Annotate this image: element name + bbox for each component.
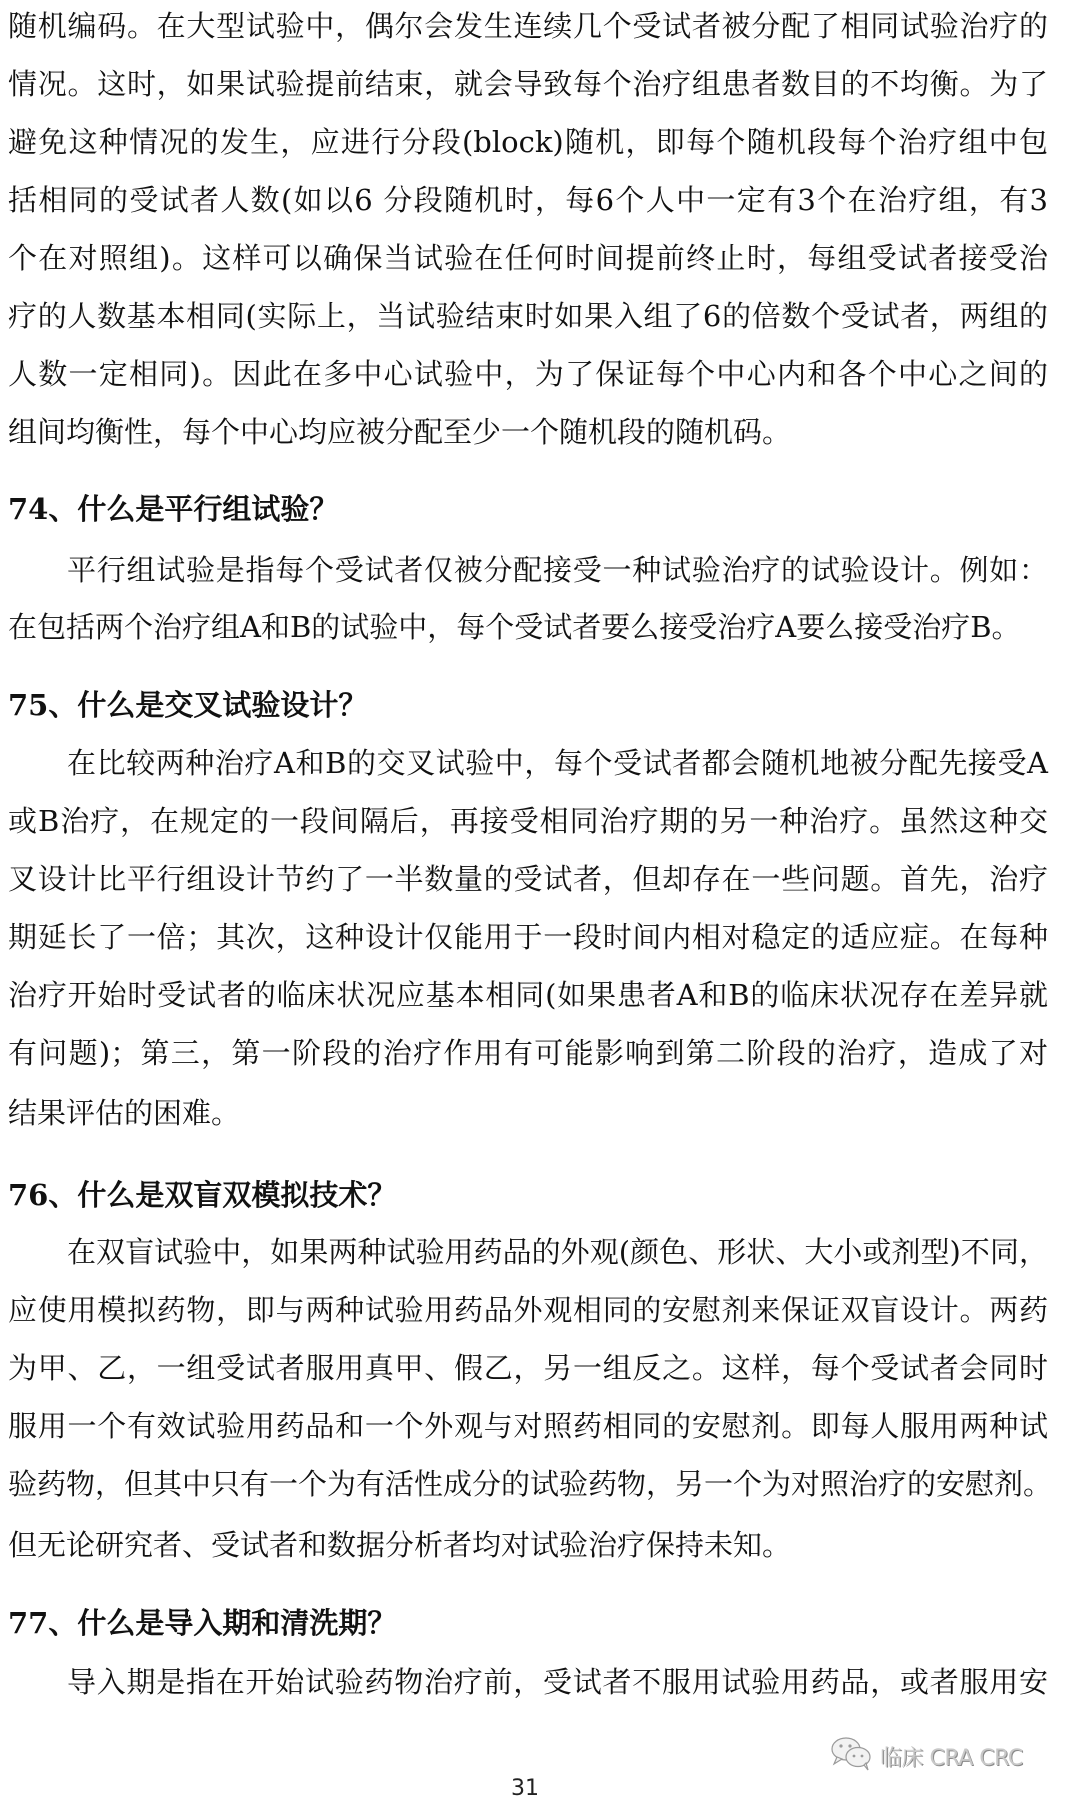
text-line: 避免这种情况的发生，应进行分段(block)随机，即每个随机段每个治疗组中包 xyxy=(8,113,1048,171)
watermark-text: 临床 CRA CRC xyxy=(880,1741,1023,1772)
text-line: 但无论研究者、受试者和数据分析者均对试验治疗保持未知。 xyxy=(8,1516,1048,1574)
text-line: 情况。这时，如果试验提前结束，就会导致每个治疗组患者数目的不均衡。为了 xyxy=(8,55,1048,113)
section-heading: 74、什么是平行组试验？ xyxy=(8,480,1048,538)
text-line: 服用一个有效试验用药品和一个外观与对照药相同的安慰剂。即每人服用两种试 xyxy=(8,1397,1048,1455)
text-line: 组间均衡性，每个中心均应被分配至少一个随机段的随机码。 xyxy=(8,403,1048,461)
page-number: 31 xyxy=(500,1776,550,1801)
text-line: 或B治疗，在规定的一段间隔后，再接受相同治疗期的另一种治疗。虽然这种交 xyxy=(8,792,1048,850)
text-line: 人数一定相同)。因此在多中心试验中，为了保证每个中心内和各个中心之间的 xyxy=(8,345,1048,403)
wechat-icon xyxy=(830,1736,874,1776)
text-line: 验药物，但其中只有一个为有活性成分的试验药物，另一个为对照治疗的安慰剂。 xyxy=(8,1455,1048,1513)
text-line: 叉设计比平行组设计节约了一半数量的受试者，但却存在一些问题。首先，治疗 xyxy=(8,850,1048,908)
text-line: 应使用模拟药物，即与两种试验用药品外观相同的安慰剂来保证双盲设计。两药 xyxy=(8,1281,1048,1339)
text-line: 为甲、乙，一组受试者服用真甲、假乙，另一组反之。这样，每个受试者会同时 xyxy=(8,1339,1048,1397)
text-line: 治疗开始时受试者的临床状况应基本相同(如果患者A和B的临床状况存在差异就 xyxy=(8,966,1048,1024)
section-heading: 76、什么是双盲双模拟技术？ xyxy=(8,1166,1048,1224)
text-line: 平行组试验是指每个受试者仅被分配接受一种试验治疗的试验设计。例如： xyxy=(67,541,1048,599)
text-line: 在包括两个治疗组A和B的试验中，每个受试者要么接受治疗A要么接受治疗B。 xyxy=(8,598,1048,656)
text-line: 疗的人数基本相同(实际上，当试验结束时如果入组了6的倍数个受试者，两组的 xyxy=(8,287,1048,345)
section-heading: 75、什么是交叉试验设计？ xyxy=(8,676,1048,734)
text-line: 在比较两种治疗A和B的交叉试验中，每个受试者都会随机地被分配先接受A xyxy=(67,734,1048,792)
text-line: 在双盲试验中，如果两种试验用药品的外观(颜色、形状、大小或剂型)不同， xyxy=(67,1223,1048,1281)
text-line: 括相同的受试者人数(如以6 分段随机时，每6个人中一定有3个在治疗组，有3 xyxy=(8,171,1048,229)
text-line: 结果评估的困难。 xyxy=(8,1084,1048,1142)
text-line: 有问题)；第三，第一阶段的治疗作用有可能影响到第二阶段的治疗，造成了对 xyxy=(8,1024,1048,1082)
text-line: 期延长了一倍；其次，这种设计仅能用于一段时间内相对稳定的适应症。在每种 xyxy=(8,908,1048,966)
text-line: 个在对照组)。这样可以确保当试验在任何时间提前终止时，每组受试者接受治 xyxy=(8,229,1048,287)
watermark: 临床 CRA CRC xyxy=(830,1738,1023,1774)
text-line: 随机编码。在大型试验中，偶尔会发生连续几个受试者被分配了相同试验治疗的 xyxy=(8,0,1048,55)
section-heading: 77、什么是导入期和清洗期？ xyxy=(8,1594,1048,1652)
text-line: 导入期是指在开始试验药物治疗前，受试者不服用试验用药品，或者服用安 xyxy=(67,1653,1048,1711)
